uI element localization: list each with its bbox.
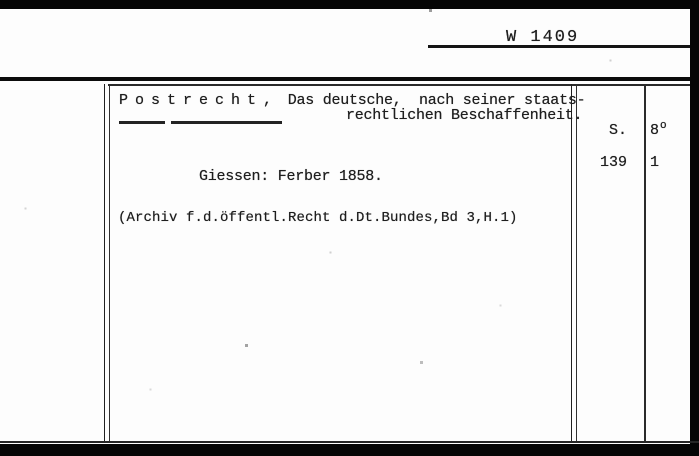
card-left-rule bbox=[104, 84, 110, 441]
series-note: (Archiv f.d.öffentl.Recht d.Dt.Bundes,Bd… bbox=[118, 210, 518, 226]
imprint-line: Giessen: Ferber 1858. bbox=[199, 168, 383, 185]
format-base: 8 bbox=[650, 122, 659, 139]
format-value: 8o bbox=[650, 122, 666, 139]
card-bottom-rule bbox=[0, 441, 699, 443]
call-number: W 1409 bbox=[506, 28, 579, 47]
scan-top-edge bbox=[0, 0, 699, 9]
scan-dust-specks bbox=[0, 0, 1, 1]
format-superscript: o bbox=[660, 120, 667, 132]
header-rule-thick bbox=[0, 77, 690, 81]
header-rule-thin bbox=[108, 84, 690, 86]
pages-label: S. bbox=[575, 122, 627, 139]
title-line-2: rechtlichen Beschaffenheit. bbox=[346, 107, 582, 124]
scan-right-edge bbox=[690, 0, 699, 456]
title-headword-underline bbox=[171, 121, 282, 124]
copy-number: 1 bbox=[650, 154, 659, 171]
title-headword-underline bbox=[119, 121, 165, 124]
pages-value: 139 bbox=[575, 154, 627, 171]
scan-bottom-edge bbox=[0, 444, 699, 456]
catalog-card-scan: W 1409 Postrecht, Das deutsche, nach sei… bbox=[0, 0, 699, 456]
card-column-rule bbox=[644, 84, 646, 441]
title-headword: Postrecht, bbox=[119, 92, 279, 109]
